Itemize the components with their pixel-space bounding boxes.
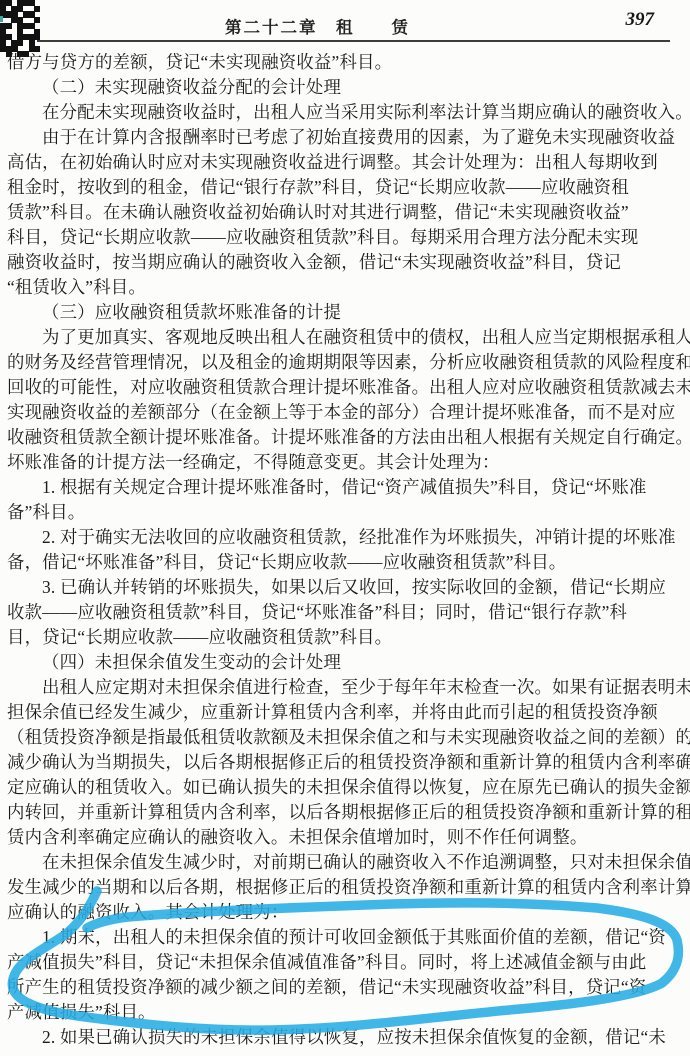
text-line: 目，贷记“长期应收款——应收融资租赁款”科目。 (7, 625, 687, 650)
page-number: 397 (626, 9, 655, 31)
page-body: 借方与贷方的差额，贷记“未实现融资收益”科目。（二）未实现融资收益分配的会计处理… (7, 50, 687, 1050)
text-line: 备”科目。 (7, 500, 687, 525)
text-line: 2. 如果已确认损失的未担保余值得以恢复，应按未担保余值恢复的金额，借记“未 (7, 1025, 687, 1050)
header-rule (37, 40, 670, 42)
text-line: 定应确认的租赁收入。如已确认损失的未担保余值得以恢复，应在原先已确认的损失金额 (7, 775, 687, 800)
text-line: （二）未实现融资收益分配的会计处理 (7, 75, 687, 100)
text-line: 备，借记“坏账准备”科目，贷记“长期应收款——应收融资租赁款”科目。 (7, 550, 687, 575)
text-line: 为了更加真实、客观地反映出租人在融资租赁中的债权，出租人应当定期根据承租人 (7, 325, 687, 350)
text-line: 融资收益时，按当期应确认的融资收入金额，借记“未实现融资收益”科目，贷记 (7, 250, 687, 275)
chapter-title: 第二十二章 租 赁 (0, 14, 635, 38)
text-line: 高估，在初始确认时应对未实现融资收益进行调整。其会计处理为：出租人每期收到 (7, 150, 687, 175)
text-line: “租赁收入”科目。 (7, 275, 687, 300)
text-line: 赁款”科目。在未确认融资收益初始确认时对其进行调整，借记“未实现融资收益” (7, 200, 687, 225)
text-line: 减少确认为当期损失，以后各期根据修正后的租赁投资净额和重新计算的租赁内含利率确 (7, 750, 687, 775)
text-line: 科目，贷记“长期应收款——应收融资租赁款”科目。每期采用合理方法分配未实现 (7, 225, 687, 250)
text-line: 内转回，并重新计算租赁内含利率，以后各期根据修正后的租赁投资净额和重新计算的租 (7, 800, 687, 825)
text-line: 收融资租赁款全额计提坏账准备。计提坏账准备的方法由出租人根据有关规定自行确定。 (7, 425, 687, 450)
text-line: 由于在计算内含报酬率时已考虑了初始直接费用的因素，为了避免未实现融资收益 (7, 125, 687, 150)
text-line: 租金时，按收到的租金，借记“银行存款”科目，贷记“长期应收款——应收融资租 (7, 175, 687, 200)
text-line: 出租人应定期对未担保余值进行检查，至少于每年年末检查一次。如果有证据表明未 (7, 675, 687, 700)
text-line: 2. 对于确实无法收回的应收融资租赁款，经批准作为坏账损失，冲销计提的坏账准 (7, 525, 687, 550)
text-line: 所产生的租赁投资净额的减少额之间的差额，借记“未实现融资收益”科目，贷记“资 (7, 975, 687, 1000)
text-line: （四）未担保余值发生变动的会计处理 (7, 650, 687, 675)
book-page: 第二十二章 租 赁 397 借方与贷方的差额，贷记“未实现融资收益”科目。（二）… (0, 0, 690, 1056)
text-line: 坏账准备的计提方法一经确定，不得随意变更。其会计处理为： (7, 450, 687, 475)
text-line: 在未担保余值发生减少时，对前期已确认的融资收入不作追溯调整，只对未担保余值 (7, 850, 687, 875)
text-line: 1. 根据有关规定合理计提坏账准备时，借记“资产减值损失”科目，贷记“坏账准 (7, 475, 687, 500)
text-line: 应确认的融资收入。其会计处理为： (7, 900, 687, 925)
text-line: 收款——应收融资租赁款”科目，贷记“坏账准备”科目；同时，借记“银行存款”科 (7, 600, 687, 625)
text-line: 借方与贷方的差额，贷记“未实现融资收益”科目。 (7, 50, 687, 75)
text-line: 1. 期末，出租人的未担保余值的预计可收回金额低于其账面价值的差额，借记“资 (7, 925, 687, 950)
text-line: （租赁投资净额是指最低租赁收款额及未担保余值之和与未实现融资收益之间的差额）的 (7, 725, 687, 750)
text-line: 产减值损失”科目。 (7, 1000, 687, 1025)
text-line: 的财务及经营管理情况，以及租金的逾期期限等因素，分析应收融资租赁款的风险程度和 (7, 350, 687, 375)
text-line: 回收的可能性，对应收融资租赁款合理计提坏账准备。出租人应对应收融资租赁款减去未 (7, 375, 687, 400)
text-line: 担保余值已经发生减少，应重新计算租赁内含利率，并将由此而引起的租赁投资净额 (7, 700, 687, 725)
text-line: 产减值损失”科目，贷记“未担保余值减值准备”科目。同时，将上述减值金额与由此 (7, 950, 687, 975)
qr-cell (17, 40, 23, 46)
text-line: 在分配未实现融资收益时，出租人应当采用实际利率法计算当期应确认的融资收入。 (7, 100, 687, 125)
text-line: 赁内含利率确定应确认的融资收入。未担保余值增加时，则不作任何调整。 (7, 825, 687, 850)
text-line: 发生减少的当期和以后各期，根据修正后的租赁投资净额和重新计算的租赁内含利率计算 (7, 875, 687, 900)
text-line: 3. 已确认并转销的坏账损失，如果以后又收回，按实际收回的金额，借记“长期应 (7, 575, 687, 600)
text-line: （三）应收融资租赁款坏账准备的计提 (7, 300, 687, 325)
text-line: 实现融资收益的差额部分（在金额上等于本金的部分）合理计提坏账准备，而不是对应 (7, 400, 687, 425)
qr-cell (34, 6, 40, 12)
